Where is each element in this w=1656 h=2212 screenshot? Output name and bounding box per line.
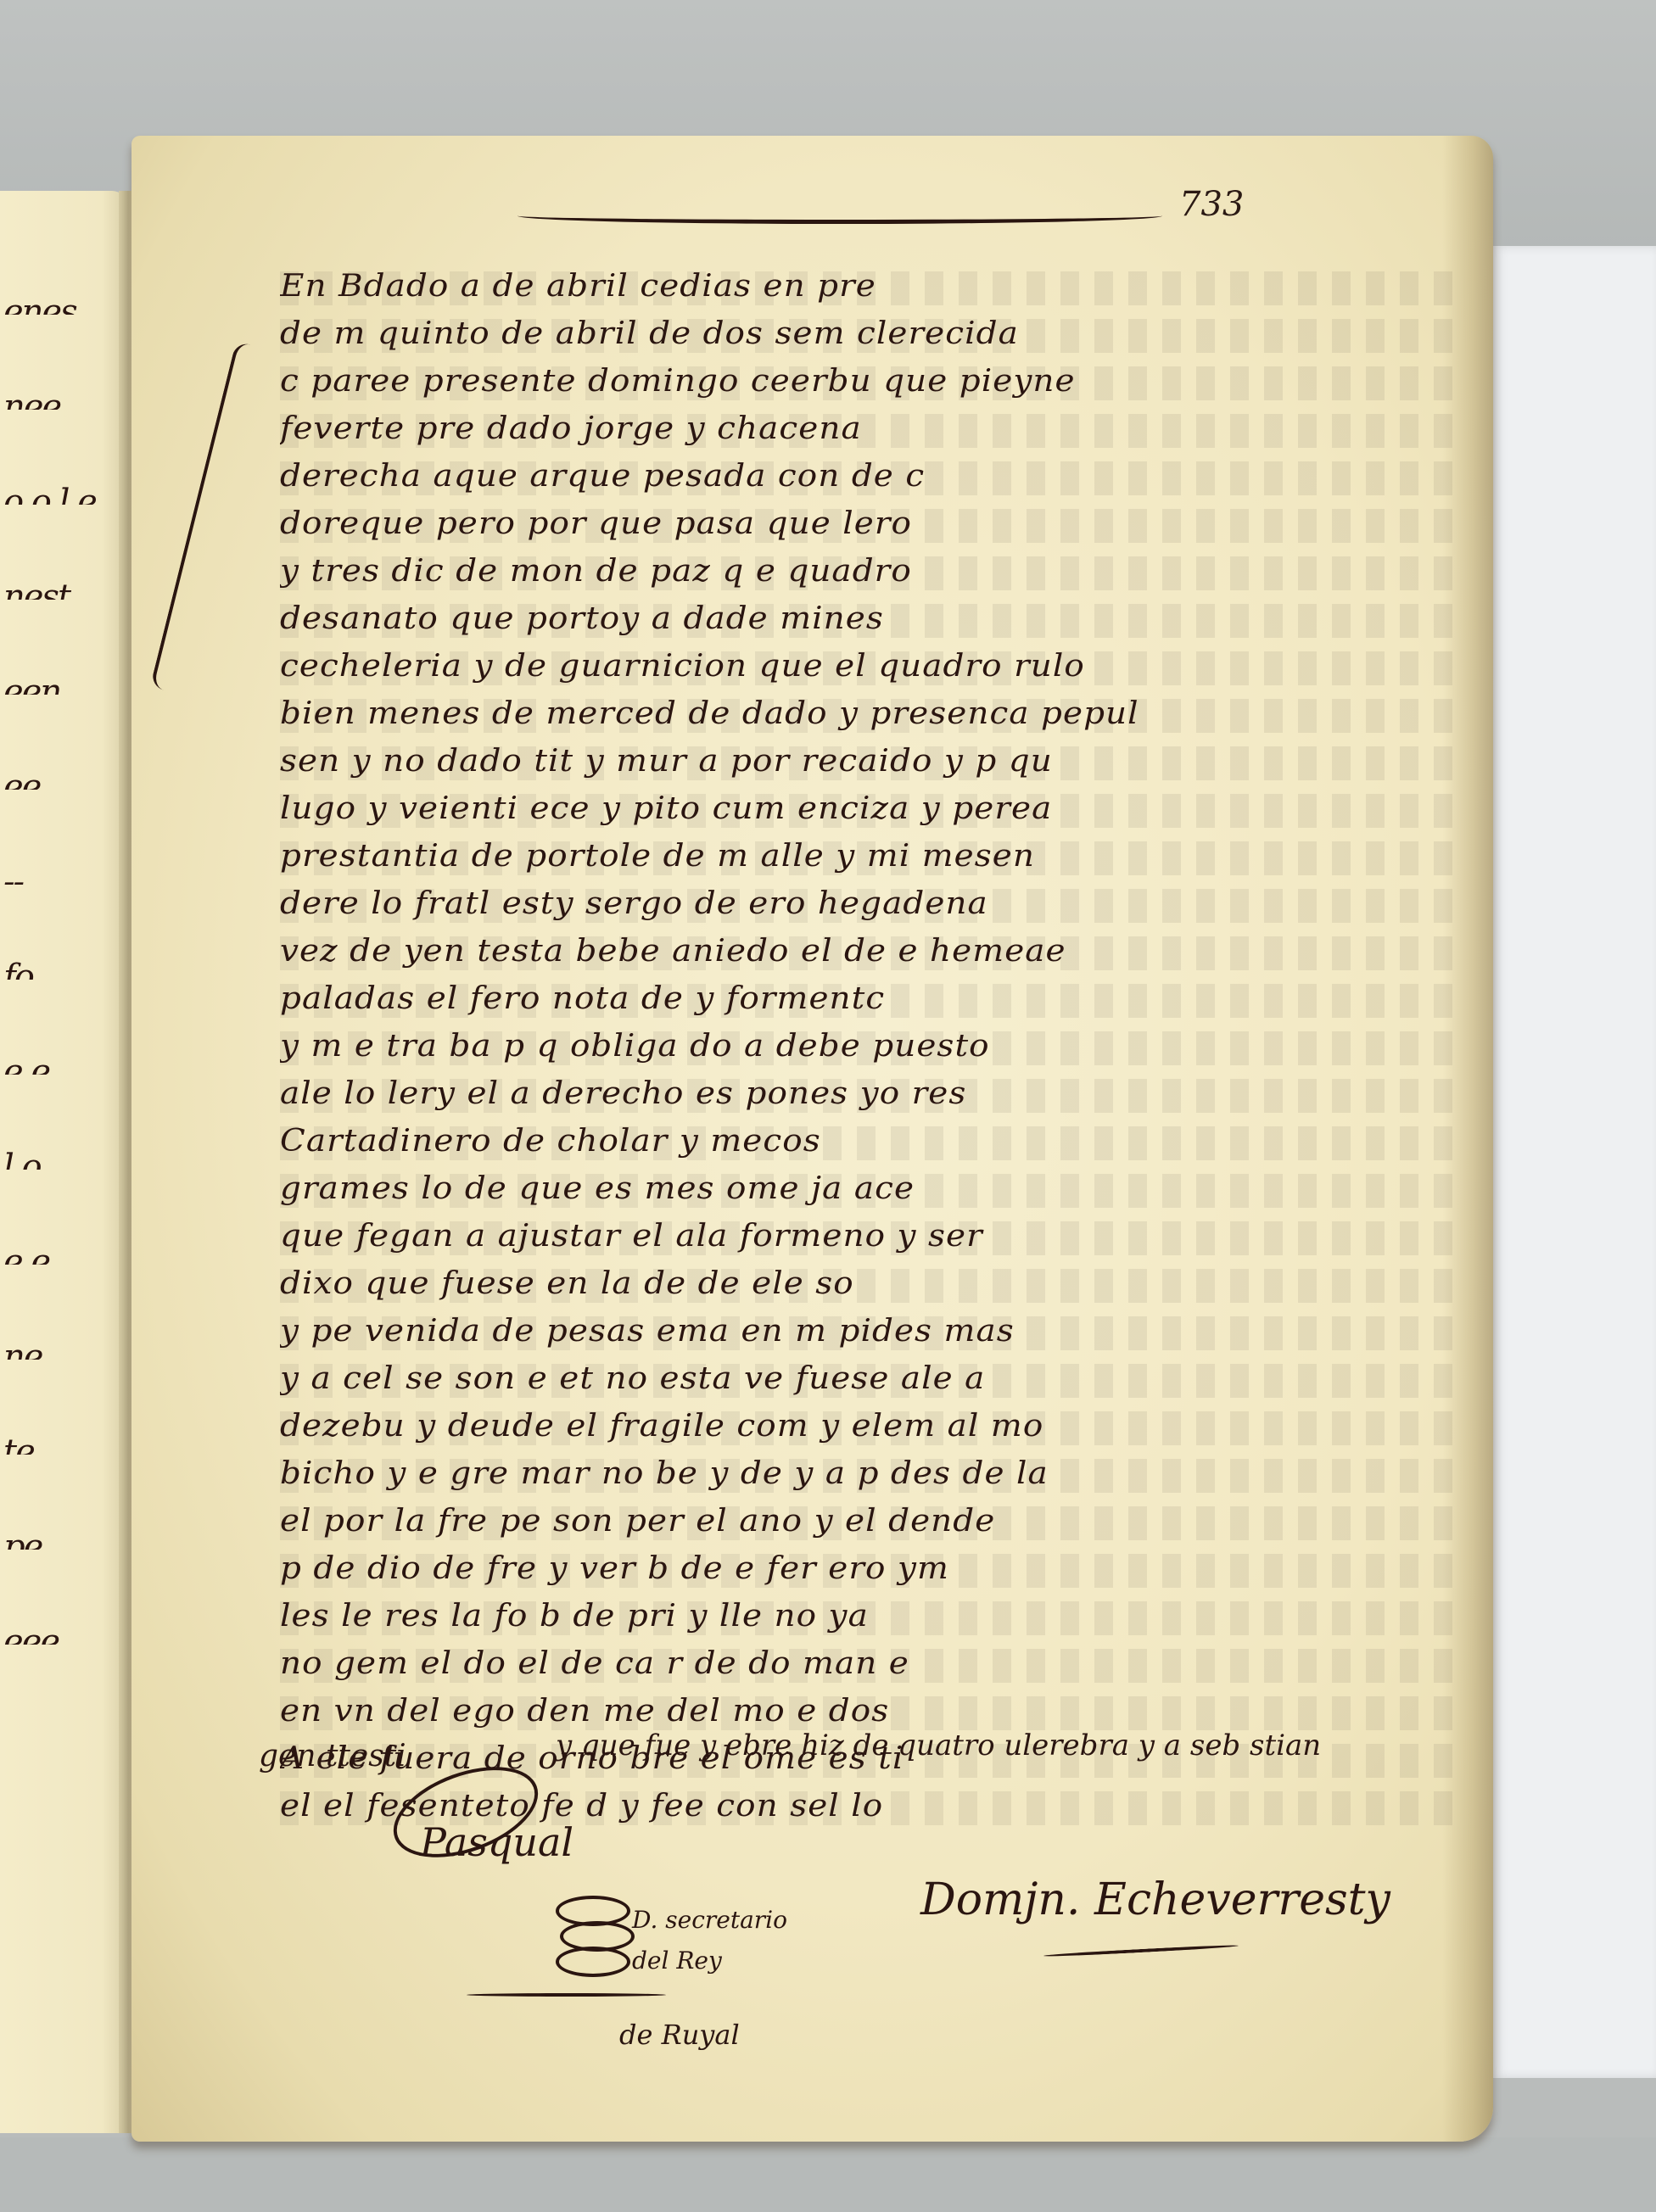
manuscript-line-text: el por la fre pe son per el ano y el den…	[280, 1498, 995, 1545]
manuscript-line-text: feverte pre dado jorge y chacena	[280, 405, 862, 453]
manuscript-line: paladas el fero nota de y formentc	[280, 975, 1468, 1023]
photo-backdrop-bottom	[0, 2137, 1656, 2212]
manuscript-line: cecheleria y de guarnicion que el quadro…	[280, 643, 1468, 690]
manuscript-line-text: y tres dic de mon de paz q e quadro	[280, 548, 912, 595]
manuscript-line: que fegan a ajustar el ala formeno y ser	[280, 1213, 1468, 1260]
manuscript-line: bien menes de merced de dado y presenca …	[280, 690, 1468, 738]
facing-page-line: l o	[3, 1148, 114, 1170]
facing-page-line: enes	[3, 293, 114, 315]
manuscript-line: les le res la fo b de pri y lle no ya	[280, 1593, 1468, 1640]
header-flourish	[517, 208, 1162, 224]
manuscript-line: desanato que portoy a dade mines	[280, 595, 1468, 643]
manuscript-line-text: paladas el fero nota de y formentc	[280, 975, 885, 1023]
manuscript-line-text: c paree presente domingo ceerbu que piey…	[280, 358, 1076, 405]
manuscript-line: dere lo fratl esty sergo de ero hegadena	[280, 880, 1468, 928]
manuscript-line: c paree presente domingo ceerbu que piey…	[280, 358, 1468, 405]
manuscript-page: 733 En Bdado a de abril cedias en prede …	[131, 136, 1493, 2142]
manuscript-line-text: prestantia de portole de m alle y mi mes…	[280, 833, 1035, 880]
manuscript-line-text: grames lo de que es mes ome ja ace	[280, 1165, 915, 1213]
manuscript-line-text: de m quinto de abril de dos sem clerecid…	[280, 310, 1019, 358]
manuscript-line-text: doreque pero por que pasa que lero	[280, 500, 912, 548]
manuscript-line-text: Cartadinero de cholar y mecos	[280, 1118, 821, 1165]
manuscript-line: y m e tra ba p q obliga do a debe puesto	[280, 1023, 1468, 1070]
manuscript-body: En Bdado a de abril cedias en prede m qu…	[280, 263, 1468, 1830]
manuscript-line-text: lugo y veienti ece y pito cum enciza y p…	[280, 785, 1052, 833]
manuscript-line: dixo que fuese en la de de ele so	[280, 1260, 1468, 1308]
manuscript-line: y pe venida de pesas ema en m pides mas	[280, 1308, 1468, 1355]
manuscript-line-text: que fegan a ajustar el ala formeno y ser	[280, 1213, 983, 1260]
facing-page-line: een	[3, 673, 114, 695]
facing-page-left: enesneeo o l enesteenee--foe el oe enete…	[0, 191, 127, 2133]
notary-rubric-underline	[467, 1993, 666, 1997]
manuscript-line: de m quinto de abril de dos sem clerecid…	[280, 310, 1468, 358]
facing-page-line: fo	[3, 958, 114, 980]
manuscript-line-text: sen y no dado tit y mur a por recaido y …	[280, 738, 1053, 785]
facing-page-line: o o l e	[3, 483, 114, 505]
facing-page-line: pe	[3, 1528, 114, 1550]
signature-notary: D. secretario del Rey	[632, 1900, 802, 1981]
manuscript-line-text: y a cel se son e et no esta ve fuese ale…	[280, 1355, 985, 1403]
manuscript-line: dezebu y deude el fragile com y elem al …	[280, 1403, 1468, 1450]
manuscript-line-text: bicho y e gre mar no be y de y a p des d…	[280, 1450, 1049, 1498]
manuscript-line: el por la fre pe son per el ano y el den…	[280, 1498, 1468, 1545]
facing-page-line: e e	[3, 1243, 114, 1265]
signature-domingo: Domjn. Echeverresty	[920, 1874, 1390, 1925]
manuscript-line-text: no gem el do el de ca r de do man e	[280, 1640, 909, 1688]
margin-flourish	[150, 341, 265, 694]
manuscript-line: lugo y veienti ece y pito cum enciza y p…	[280, 785, 1468, 833]
facing-page-line: e e	[3, 1053, 114, 1075]
manuscript-line-text: y pe venida de pesas ema en m pides mas	[280, 1308, 1015, 1355]
manuscript-line: feverte pre dado jorge y chacena	[280, 405, 1468, 453]
manuscript-line-text: les le res la fo b de pri y lle no ya	[280, 1593, 869, 1640]
facing-page-line: --	[3, 863, 114, 885]
manuscript-line: y a cel se son e et no esta ve fuese ale…	[280, 1355, 1468, 1403]
manuscript-line: p de dio de fre y ver b de e fer ero ym	[280, 1545, 1468, 1593]
folio-number: 733	[1179, 185, 1244, 224]
manuscript-line: En Bdado a de abril cedias en pre	[280, 263, 1468, 310]
manuscript-line: derecha aque arque pesada con de c	[280, 453, 1468, 500]
attestation-left: gen ttesti	[259, 1739, 406, 1774]
facing-page-line: eee	[3, 1623, 114, 1645]
manuscript-line: y tres dic de mon de paz q e quadro	[280, 548, 1468, 595]
facing-page-line: te	[3, 1433, 114, 1455]
manuscript-line: Cartadinero de cholar y mecos	[280, 1118, 1468, 1165]
manuscript-line-text: vez de yen testa bebe aniedo el de e hem…	[280, 928, 1066, 975]
manuscript-line-text: dixo que fuese en la de de ele so	[280, 1260, 854, 1308]
manuscript-line: bicho y e gre mar no be y de y a p des d…	[280, 1450, 1468, 1498]
manuscript-line: vez de yen testa bebe aniedo el de e hem…	[280, 928, 1468, 975]
closing-line: y que fue y ebre hiz de quatro ulerebra …	[556, 1729, 1321, 1762]
manuscript-line-text: desanato que portoy a dade mines	[280, 595, 884, 643]
manuscript-line: sen y no dado tit y mur a por recaido y …	[280, 738, 1468, 785]
facing-page-line: ne	[3, 1338, 114, 1360]
manuscript-line-text: dere lo fratl esty sergo de ero hegadena	[280, 880, 988, 928]
manuscript-line-text: derecha aque arque pesada con de c	[280, 453, 925, 500]
manuscript-line-text: ale lo lery el a derecho es pones yo res	[280, 1070, 966, 1118]
manuscript-line-text: y m e tra ba p q obliga do a debe puesto	[280, 1023, 990, 1070]
manuscript-line: no gem el do el de ca r de do man e	[280, 1640, 1468, 1688]
manuscript-line-text: p de dio de fre y ver b de e fer ero ym	[280, 1545, 949, 1593]
signature-underline	[1043, 1944, 1239, 1958]
manuscript-line: doreque pero por que pasa que lero	[280, 500, 1468, 548]
facing-page-line: nest	[3, 578, 114, 600]
manuscript-line-text: el el fesenteto fe d y fee con sel lo	[280, 1783, 883, 1830]
manuscript-line-text: cecheleria y de guarnicion que el quadro…	[280, 643, 1085, 690]
support-sheet	[1493, 246, 1656, 2078]
manuscript-line-text: En Bdado a de abril cedias en pre	[280, 263, 876, 310]
manuscript-line: prestantia de portole de m alle y mi mes…	[280, 833, 1468, 880]
notary-rubric-loop-3	[556, 1947, 630, 1977]
facing-page-line: ee	[3, 768, 114, 790]
manuscript-line: ale lo lery el a derecho es pones yo res	[280, 1070, 1468, 1118]
manuscript-line-text: dezebu y deude el fragile com y elem al …	[280, 1403, 1043, 1450]
facing-page-line: nee	[3, 388, 114, 410]
signature-witness: de Ruyal	[619, 2019, 740, 2051]
signature-pasqual: Pasqual	[420, 1819, 573, 1865]
manuscript-line-text: bien menes de merced de dado y presenca …	[280, 690, 1139, 738]
manuscript-line: grames lo de que es mes ome ja ace	[280, 1165, 1468, 1213]
